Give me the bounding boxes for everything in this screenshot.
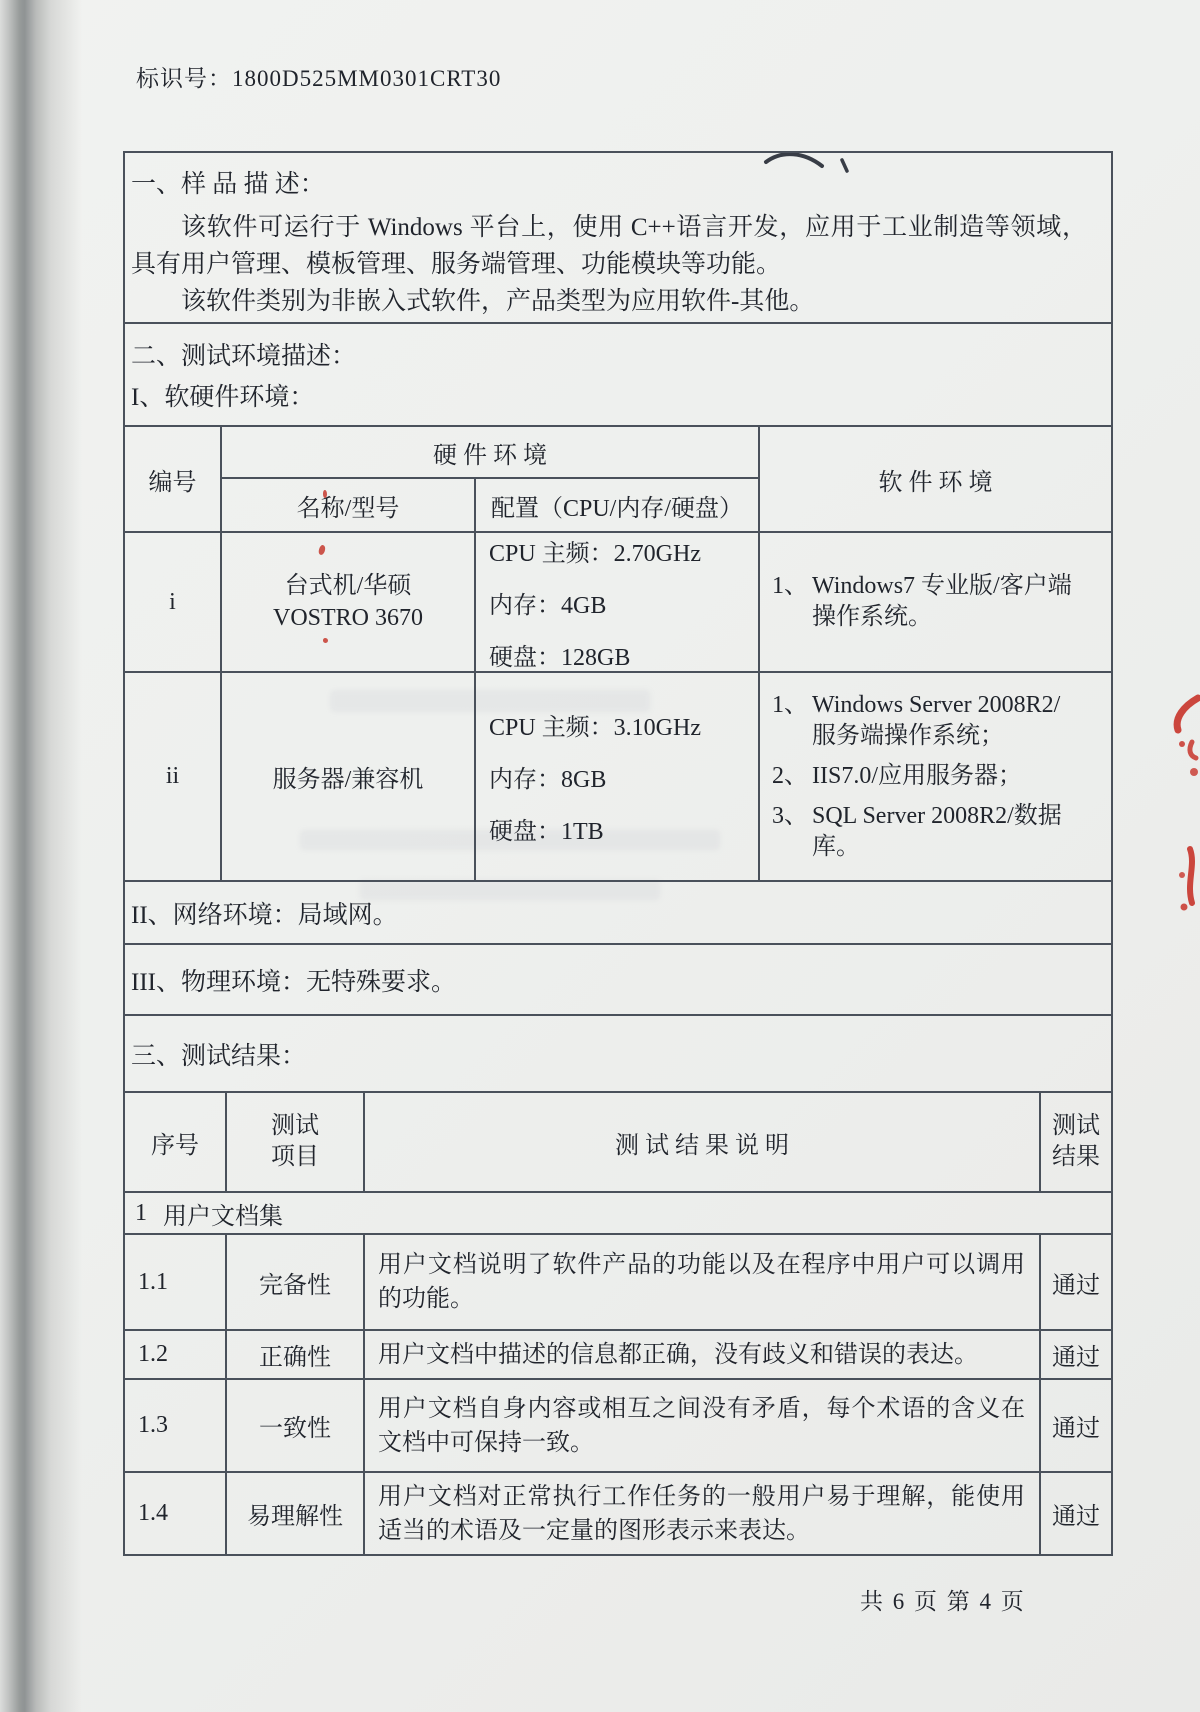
red-stamp-fragment-icon	[1176, 845, 1200, 915]
software-item-text: Windows Server 2008R2/服务端操作系统；	[812, 690, 1081, 752]
env-row-i-config: CPU 主频：2.70GHz 内存：4GB 硬盘：128GB	[476, 533, 760, 673]
software-item-number: 3、	[772, 801, 812, 863]
red-ink-speck	[323, 490, 327, 498]
env-row-ii-name: 服务器/兼容机	[222, 673, 476, 880]
environment-table: 编号 硬 件 环 境 软 件 环 境 名称/型号 配置（CPU/内存/硬盘） i…	[125, 427, 1111, 882]
document-id-label: 标识号：1800D525MM0301CRT30	[136, 60, 501, 93]
env-col-header-name-model: 名称/型号	[222, 479, 476, 533]
env-subsection-hw-sw: I、软硬件环境：	[131, 377, 1087, 418]
section-test-results-heading: 三、测试结果：	[125, 1016, 1111, 1093]
config-cpu: CPU 主频：2.70GHz	[489, 533, 758, 568]
result-row-description: 用户文档说明了软件产品的功能以及在程序中用户可以调用的功能。	[365, 1235, 1041, 1331]
result-row-seq: 1.4	[125, 1473, 227, 1554]
section-sample-description: 一、样 品 描 述： 该软件可运行于 Windows 平台上，使用 C++语言开…	[125, 153, 1111, 324]
env-row-i-name-line1: 台式机/华硕	[285, 570, 412, 602]
result-row-result: 通过	[1041, 1235, 1111, 1331]
software-item-text: SQL Server 2008R2/数据库。	[812, 801, 1081, 863]
red-stamp-fragment-icon	[1168, 692, 1200, 780]
env-row-ii-config: CPU 主频：3.10GHz 内存：8GB 硬盘：1TB	[476, 673, 760, 880]
env-section-title: 二、测试环境描述：	[131, 336, 1087, 377]
software-item: 1、 Windows7 专业版/客户端操作系统。	[772, 571, 1081, 633]
section-physical-environment: III、物理环境：无特殊要求。	[125, 945, 1111, 1016]
env-col-header-software: 软 件 环 境	[760, 427, 1111, 533]
config-memory: 内存：4GB	[489, 585, 758, 620]
results-col-header-item-line1: 测试	[271, 1111, 319, 1142]
result-row-seq: 1.2	[125, 1331, 227, 1380]
result-row-description: 用户文档中描述的信息都正确，没有歧义和错误的表达。	[365, 1331, 1041, 1380]
results-col-header-result-line1: 测试	[1052, 1111, 1100, 1142]
env-row-i-no: i	[125, 533, 222, 673]
section-network-environment: II、网络环境：局域网。	[125, 882, 1111, 945]
result-row-item: 完备性	[227, 1235, 365, 1331]
config-cpu: CPU 主频：3.10GHz	[489, 707, 758, 742]
result-row-item: 一致性	[227, 1380, 365, 1473]
software-item-number: 1、	[772, 571, 812, 633]
page-fold-shadow	[0, 0, 82, 1712]
result-row-description: 用户文档自身内容或相互之间没有矛盾，每个术语的含义在文档中可保持一致。	[365, 1380, 1041, 1473]
software-item: 3、 SQL Server 2008R2/数据库。	[772, 801, 1081, 863]
page-number-footer: 共 6 页 第 4 页	[860, 1583, 1026, 1616]
software-item-text: Windows7 专业版/客户端操作系统。	[812, 571, 1081, 633]
results-col-header-result-line2: 结果	[1052, 1142, 1100, 1173]
result-row-seq: 1.1	[125, 1235, 227, 1331]
env-col-header-config: 配置（CPU/内存/硬盘）	[476, 479, 760, 533]
results-col-header-seq: 序号	[125, 1093, 227, 1193]
results-col-header-item: 测试 项目	[227, 1093, 365, 1193]
result-row-result: 通过	[1041, 1473, 1111, 1554]
software-item-number: 1、	[772, 690, 812, 752]
env-col-header-hardware: 硬 件 环 境	[222, 427, 760, 479]
result-row-item: 正确性	[227, 1331, 365, 1380]
group-label: 用户文档集	[163, 1196, 283, 1231]
env-row-i-name: 台式机/华硕 VOSTRO 3670	[222, 533, 476, 673]
red-ink-speck	[323, 638, 328, 643]
config-disk: 硬盘：128GB	[489, 637, 758, 672]
env-row-i-software: 1、 Windows7 专业版/客户端操作系统。	[760, 533, 1111, 673]
group-seq: 1	[135, 1200, 147, 1227]
results-col-header-item-line2: 项目	[271, 1142, 319, 1173]
software-item: 1、 Windows Server 2008R2/服务端操作系统；	[772, 690, 1081, 752]
results-col-header-description: 测 试 结 果 说 明	[365, 1093, 1041, 1193]
result-row-description: 用户文档对正常执行工作任务的一般用户易于理解，能使用适当的术语及一定量的图形表示…	[365, 1473, 1041, 1554]
results-group-row-user-docs: 1 用户文档集	[125, 1193, 1111, 1235]
env-row-ii-software: 1、 Windows Server 2008R2/服务端操作系统； 2、 IIS…	[760, 673, 1111, 880]
result-row-result: 通过	[1041, 1380, 1111, 1473]
env-row-ii-no: ii	[125, 673, 222, 880]
software-item: 2、 IIS7.0/应用服务器；	[772, 761, 1081, 792]
env-col-header-no: 编号	[125, 427, 222, 533]
env-row-i-name-line2: VOSTRO 3670	[273, 602, 423, 634]
result-row-seq: 1.3	[125, 1380, 227, 1473]
results-table: 序号 测试 项目 测 试 结 果 说 明 测试 结果 1 用户文档集 1.1 完…	[125, 1093, 1111, 1554]
section-test-environment-heading: 二、测试环境描述： I、软硬件环境：	[125, 324, 1111, 427]
results-col-header-result: 测试 结果	[1041, 1093, 1111, 1193]
sample-paragraph-1: 该软件可运行于 Windows 平台上，使用 C++语言开发，应用于工业制造等领…	[131, 209, 1087, 283]
config-memory: 内存：8GB	[489, 759, 758, 794]
sample-paragraph-2: 该软件类别为非嵌入式软件，产品类型为应用软件-其他。	[131, 283, 1087, 320]
sample-section-title: 一、样 品 描 述：	[131, 164, 1087, 200]
result-row-item: 易理解性	[227, 1473, 365, 1554]
config-disk: 硬盘：1TB	[489, 811, 758, 846]
software-item-text: IIS7.0/应用服务器；	[812, 761, 1081, 792]
result-row-result: 通过	[1041, 1331, 1111, 1380]
scanned-test-report-page: 标识号：1800D525MM0301CRT30 一、样 品 描 述： 该软件可运…	[0, 0, 1200, 1712]
report-body-frame: 一、样 品 描 述： 该软件可运行于 Windows 平台上，使用 C++语言开…	[123, 151, 1113, 1556]
software-item-number: 2、	[772, 761, 812, 792]
